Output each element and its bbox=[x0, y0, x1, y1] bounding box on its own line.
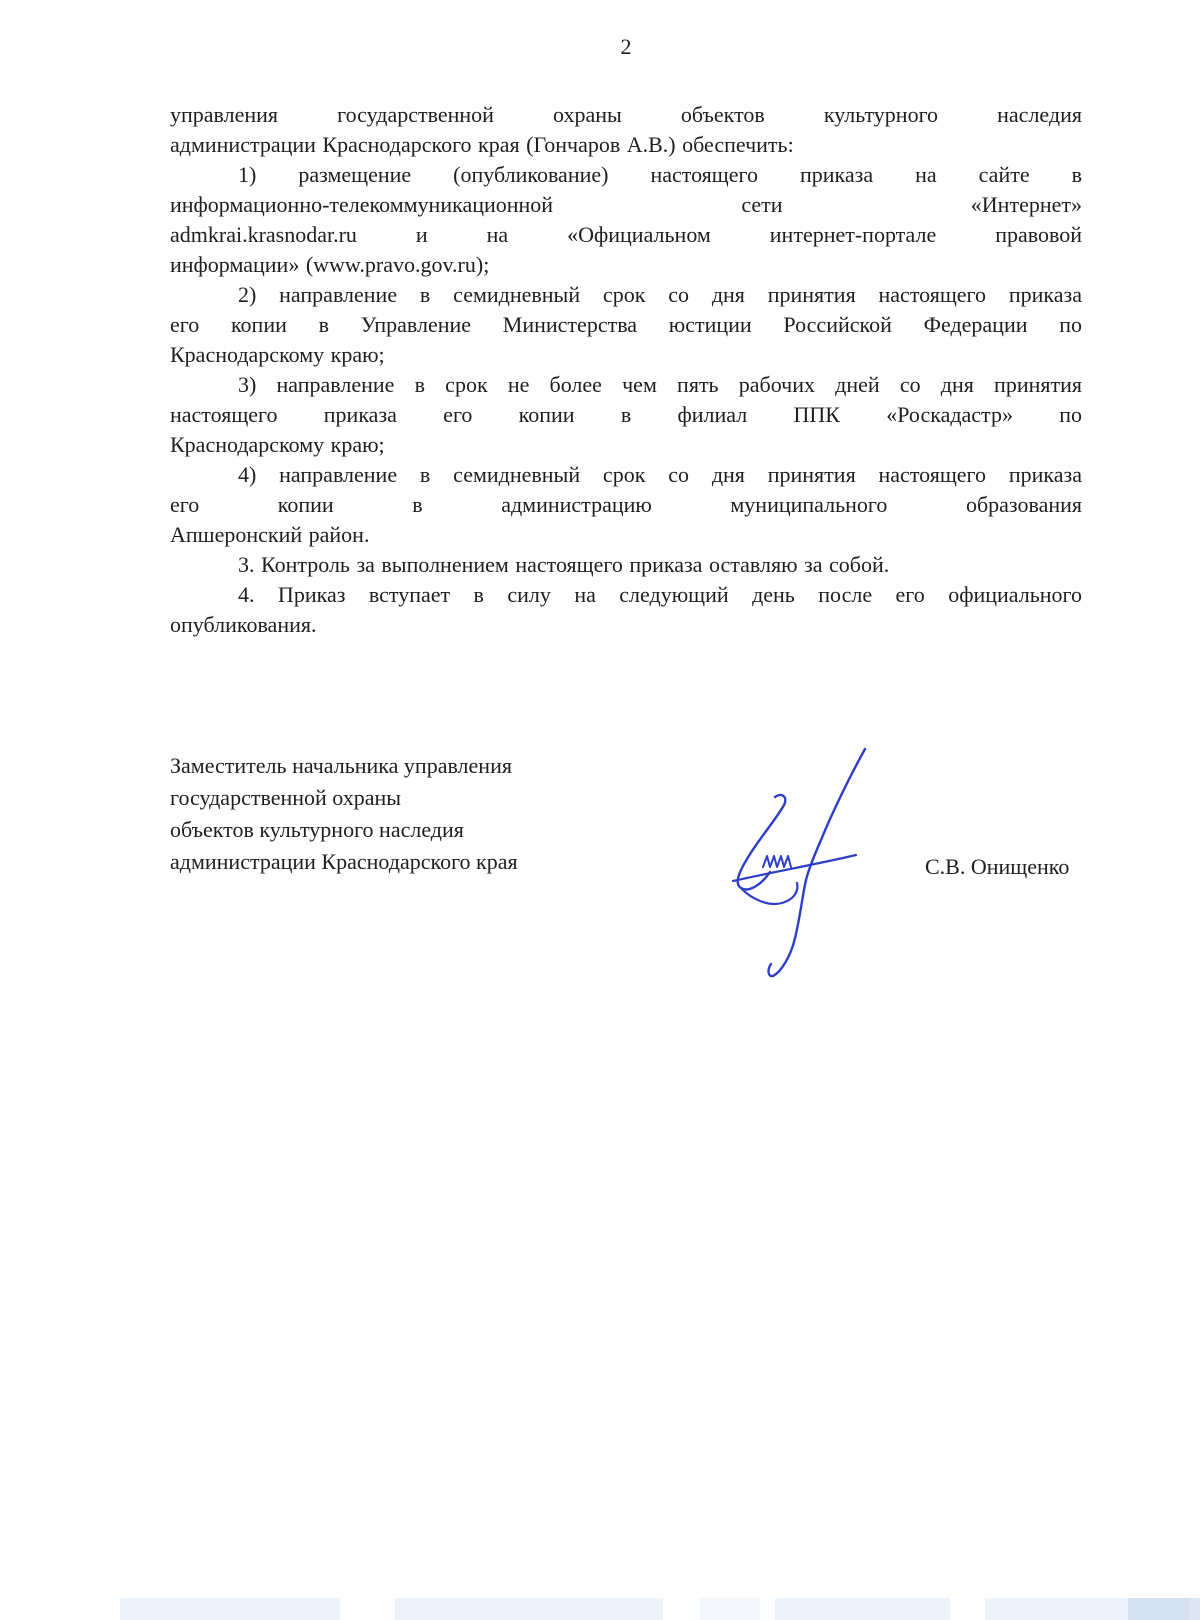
body-line: Краснодарскому краю; bbox=[170, 430, 1082, 460]
scan-artifact bbox=[395, 1598, 663, 1620]
signature-block: Заместитель начальника управления госуда… bbox=[170, 750, 518, 878]
body-line: информационно-телекоммуникационной сети … bbox=[170, 190, 1082, 220]
body-line: администрации Краснодарского края (Гонча… bbox=[170, 130, 1082, 160]
scan-artifact bbox=[775, 1598, 950, 1620]
body-line: 4. Приказ вступает в силу на следующий д… bbox=[170, 580, 1082, 610]
document-page: 2 управления государственной охраны объе… bbox=[0, 0, 1200, 1620]
body-line: информации» (www.pravo.gov.ru); bbox=[170, 250, 1082, 280]
body-line: 1) размещение (опубликование) настоящего… bbox=[170, 160, 1082, 190]
body-line: 3. Контроль за выполнением настоящего пр… bbox=[170, 550, 1082, 580]
signer-name: С.В. Онищенко bbox=[925, 852, 1069, 882]
scan-artifact bbox=[1128, 1598, 1200, 1620]
signer-title-line: объектов культурного наследия bbox=[170, 814, 518, 846]
order-body-text: управления государственной охраны объект… bbox=[170, 100, 1082, 640]
body-line: 3) направление в срок не более чем пять … bbox=[170, 370, 1082, 400]
body-line: Краснодарскому краю; bbox=[170, 340, 1082, 370]
body-line: admkrai.krasnodar.ru и на «Официальном и… bbox=[170, 220, 1082, 250]
handwritten-signature-icon bbox=[688, 718, 888, 978]
scan-artifact bbox=[120, 1598, 340, 1620]
signer-title-line: администрации Краснодарского края bbox=[170, 846, 518, 878]
page-number: 2 bbox=[170, 34, 1082, 60]
body-line: Апшеронский район. bbox=[170, 520, 1082, 550]
body-line: 2) направление в семидневный срок со дня… bbox=[170, 280, 1082, 310]
body-line: опубликования. bbox=[170, 610, 1082, 640]
body-line: настоящего приказа его копии в филиал ПП… bbox=[170, 400, 1082, 430]
signer-title-line: Заместитель начальника управления bbox=[170, 750, 518, 782]
scan-artifact bbox=[700, 1598, 760, 1620]
signer-title-line: государственной охраны bbox=[170, 782, 518, 814]
body-line: 4) направление в семидневный срок со дня… bbox=[170, 460, 1082, 490]
body-line: его копии в Управление Министерства юсти… bbox=[170, 310, 1082, 340]
body-line: его копии в администрацию муниципального… bbox=[170, 490, 1082, 520]
body-line: управления государственной охраны объект… bbox=[170, 100, 1082, 130]
